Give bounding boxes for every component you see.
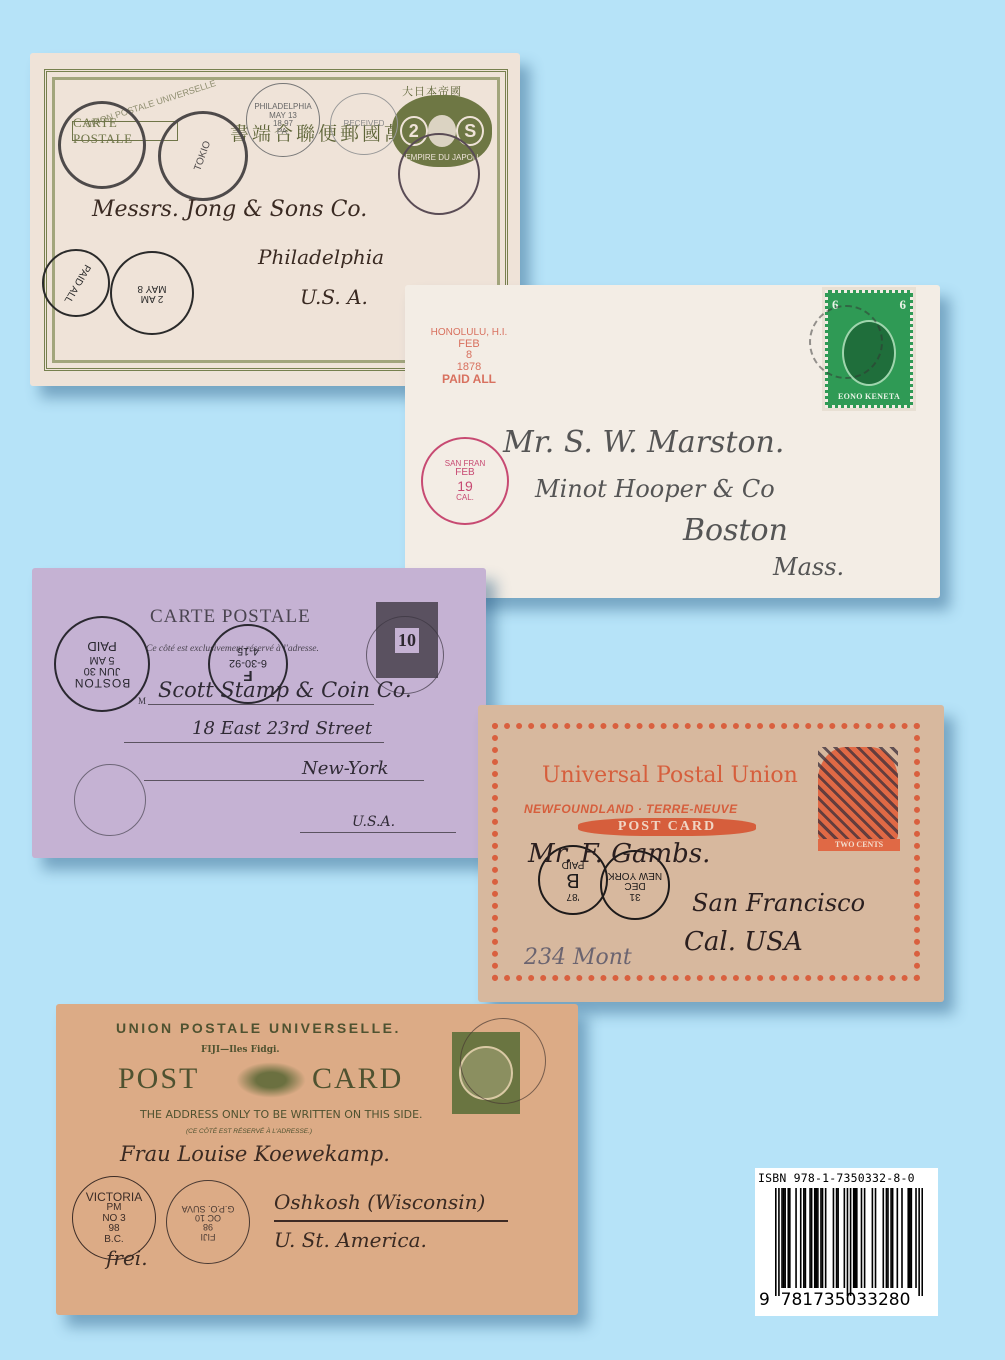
address-rule	[148, 704, 374, 705]
postmark-faint	[74, 764, 146, 836]
postmark-date: '87	[566, 891, 579, 902]
address-line-3: U.S. A.	[300, 285, 368, 309]
postmark-day: 8	[466, 350, 472, 362]
card-label: CARD	[312, 1062, 403, 1096]
postmark-boston: BOSTON JUN 30 5 AM PAID	[54, 616, 150, 712]
universal-postal-union-title: Universal Postal Union	[542, 763, 798, 788]
address-line-3: New-York	[302, 758, 389, 779]
address-line-2: Philadelphia	[258, 245, 384, 269]
postmark-footer: PAID	[87, 639, 116, 653]
postmark-time: 2 AM	[141, 293, 164, 304]
barcode-digits: 9 781735033280	[759, 1290, 910, 1310]
postmark-date: MAY 8	[137, 283, 166, 294]
address-line-3: Boston	[683, 513, 788, 548]
postmark-day: 19	[457, 479, 473, 494]
address-line-1: Frau Louise Koewekamp.	[120, 1142, 390, 1166]
address-line-1: Scott Stamp & Coin Co.	[158, 678, 412, 702]
address-line-1: Messrs. Jong & Sons Co.	[92, 197, 367, 222]
postmark-tacoma: 2 AM MAY 8	[110, 251, 194, 335]
coat-of-arms-icon	[236, 1062, 306, 1098]
stamp-value: 6	[900, 297, 907, 313]
address-rule	[144, 780, 424, 781]
postmark-date: 6-30-92	[229, 656, 267, 668]
postcard-newfoundland: Universal Postal Union NEWFOUNDLAND · TE…	[478, 705, 944, 1002]
postmark-text: TOKIO	[193, 140, 213, 173]
address-line-2: Oshkosh (Wisconsin)	[274, 1190, 485, 1214]
address-line-2: Minot Hooper & Co	[535, 475, 775, 503]
address-underline	[274, 1220, 508, 1222]
address-prefix: M	[138, 696, 146, 706]
isbn-label: ISBN 978-1-7350332-8-0	[758, 1171, 915, 1185]
grid-cancel	[818, 747, 898, 841]
signature: frei.	[106, 1246, 148, 1270]
carte-postale-title: CARTE POSTALE	[150, 606, 311, 628]
postcard-france: CARTE POSTALE Ce côté est exclusivement …	[32, 568, 486, 858]
postmark-date: OC 10	[195, 1213, 221, 1222]
isbn-barcode: ISBN 978-1-7350332-8-0 9 781735033280	[755, 1168, 938, 1316]
address-rule	[300, 832, 456, 833]
postmark-tokio: TOKIO	[158, 111, 248, 201]
postage-stamp-two-cents	[818, 747, 898, 841]
address-line-3: U. St. America.	[274, 1228, 427, 1252]
address-line-4: Mass.	[773, 553, 844, 581]
postmark-city: G.P.O. SUVA	[182, 1203, 235, 1212]
address-rule	[124, 742, 384, 743]
postmark-text: RECEIVED	[344, 120, 385, 128]
postmark-month: DEC	[624, 880, 645, 891]
postmark-day: 31	[629, 890, 640, 901]
post-label: POST	[118, 1062, 199, 1096]
country-line: NEWFOUNDLAND · TERRE-NEUVE	[524, 802, 738, 816]
barcode-first-digit: 9	[759, 1290, 770, 1310]
postmark-philadelphia: PHILADELPHIA MAY 13 18 97 PA.	[246, 83, 320, 157]
pencil-note: 234 Mont	[524, 945, 632, 970]
postmark-city: NEW YORK	[608, 869, 662, 880]
postmark-city: BOSTON	[74, 676, 130, 689]
postmark-received: RECEIVED	[330, 93, 398, 155]
postmark-honolulu: HONOLULU, H.I. FEB 8 1878 PAID ALL	[425, 313, 513, 401]
address-line-1: Mr. S. W. Marston.	[503, 425, 784, 460]
postcard-fiji: UNION POSTALE UNIVERSELLE. FIJI—Iles Fid…	[56, 1004, 578, 1315]
postmark-paid-all: PAID ALL	[42, 249, 110, 317]
fiji-subtitle: FIJI—Iles Fidgi.	[201, 1045, 280, 1055]
barcode-icon	[775, 1188, 923, 1296]
postmark-year: 98	[203, 1222, 213, 1231]
postmark-date: JUN 30	[84, 665, 121, 677]
address-line-2: 18 East 23rd Street	[192, 718, 372, 739]
postmark-footer: PAID ALL	[442, 373, 496, 386]
postmark-suva: FIJI 98 OC 10 G.P.O. SUVA	[166, 1180, 250, 1264]
postmark-text: PAID ALL	[61, 262, 91, 304]
postmark-footer: B.C.	[104, 1235, 123, 1246]
post-card-label: POST CARD	[578, 818, 756, 836]
postmark-time: 5 AM	[89, 653, 114, 665]
envelope-hawaii: HONOLULU, H.I. FEB 8 1878 PAID ALL SAN F…	[405, 285, 940, 598]
address-line-1: Mr. F. Gambs.	[528, 839, 710, 869]
address-line-2: San Francisco	[692, 889, 865, 917]
barcode-number: 781735033280	[781, 1290, 911, 1310]
postmark-ny	[58, 101, 146, 189]
address-instruction-french: (CE CÔTÉ EST RÉSERVÉ À L'ADRESSE.)	[186, 1128, 312, 1135]
address-instruction: THE ADDRESS ONLY TO BE WRITTEN ON THIS S…	[140, 1108, 423, 1121]
postmark-letter: B	[566, 870, 579, 891]
address-line-4: U.S.A.	[352, 814, 395, 830]
union-postale-title: UNION POSTALE UNIVERSELLE.	[116, 1020, 401, 1036]
postmark-state: PA.	[277, 128, 289, 136]
postmark-stamp-cancel	[460, 1018, 546, 1104]
postmark-japan	[398, 133, 480, 215]
postmark-footer: FIJI	[201, 1231, 216, 1240]
stamp-cancel	[809, 305, 883, 379]
address-line-3: Cal. USA	[684, 927, 803, 957]
stamp-caption: EONO KENETA	[838, 392, 900, 401]
postmark-time: 4-15	[237, 645, 259, 657]
stamp-caption: TWO CENTS	[818, 839, 900, 851]
postmark-footer: CAL.	[456, 494, 474, 502]
postmark-san-francisco: SAN FRAN FEB 19 CAL.	[421, 437, 509, 525]
